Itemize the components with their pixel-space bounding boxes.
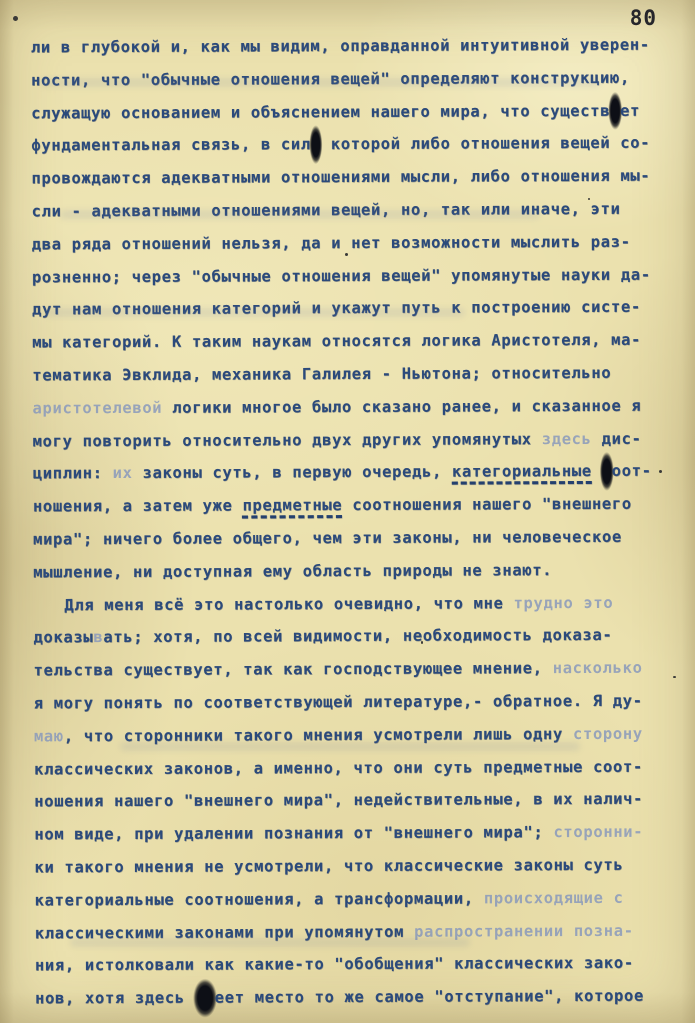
ink-speck xyxy=(673,676,676,678)
typewritten-text-block: ли в глубокой и, как мы видим, оправданн… xyxy=(31,29,675,1016)
text-line: два ряда отношений нельзя, да и нет возм… xyxy=(32,225,672,261)
page-number: 80 xyxy=(630,6,657,30)
text-line: мы категорий. К таким наукам относятся л… xyxy=(32,324,672,360)
text-line: мышление, ни доступная ему область приро… xyxy=(33,553,673,589)
text-line: ния, истолковали как какие-то "обобщения… xyxy=(35,947,675,983)
scanned-document-page: 80 ли в глубокой и, как мы видим, оправд… xyxy=(0,0,695,1023)
text-line: могу повторить относительно двух других … xyxy=(33,422,673,458)
text-line: тельства существует, так как господствую… xyxy=(34,652,674,688)
ink-speck xyxy=(13,16,18,21)
text-line: тематика Эвклида, механика Галилея - Нью… xyxy=(32,357,672,393)
bleed-through-ghost xyxy=(45,308,465,317)
ink-speck xyxy=(659,470,662,473)
ink-speck xyxy=(588,198,590,200)
text-line: доказывать; хотя, по всей видимости, нео… xyxy=(33,619,673,655)
ink-speck xyxy=(345,253,348,256)
text-line: классических законов, а именно, что они … xyxy=(34,750,674,786)
ink-speck xyxy=(421,641,423,644)
text-line: розненно; через "обычные отношения вещей… xyxy=(32,258,672,294)
text-line: ношения, а затем уже предметные соотноше… xyxy=(33,488,673,524)
text-line: служащую основанием и объяснением нашего… xyxy=(31,94,671,130)
text-line: нов, хотя здесь имеет место то же самое … xyxy=(35,980,675,1016)
bleed-through-ghost xyxy=(120,742,580,751)
text-line: аристотелевой логики многое было сказано… xyxy=(32,389,672,425)
text-line: категориальные соотношения, а трансформа… xyxy=(35,881,675,917)
text-line: ном виде, при удалении познания от "внеш… xyxy=(34,816,674,852)
text-line: фундаментальная связь, в силу которой ли… xyxy=(31,127,671,163)
text-line: ки такого мнения не усмотрели, что класс… xyxy=(34,849,674,885)
text-line: ношения нашего "внешнего мира", недейств… xyxy=(34,783,674,819)
text-line: мира"; ничего более общего, чем эти зако… xyxy=(33,521,673,557)
bleed-through-ghost xyxy=(40,78,600,87)
text-line: Для меня всё это настолько очевидно, что… xyxy=(33,586,673,622)
text-line: ли в глубокой и, как мы видим, оправданн… xyxy=(31,29,671,65)
text-line: я могу понять по соответствующей литерат… xyxy=(34,685,674,721)
bleed-through-ghost xyxy=(60,210,540,219)
text-line: провождаются адекватными отношениями мыс… xyxy=(31,160,671,196)
bleed-through-ghost xyxy=(70,938,470,947)
text-line: циплин: их законы суть, в первую очередь… xyxy=(33,455,673,491)
